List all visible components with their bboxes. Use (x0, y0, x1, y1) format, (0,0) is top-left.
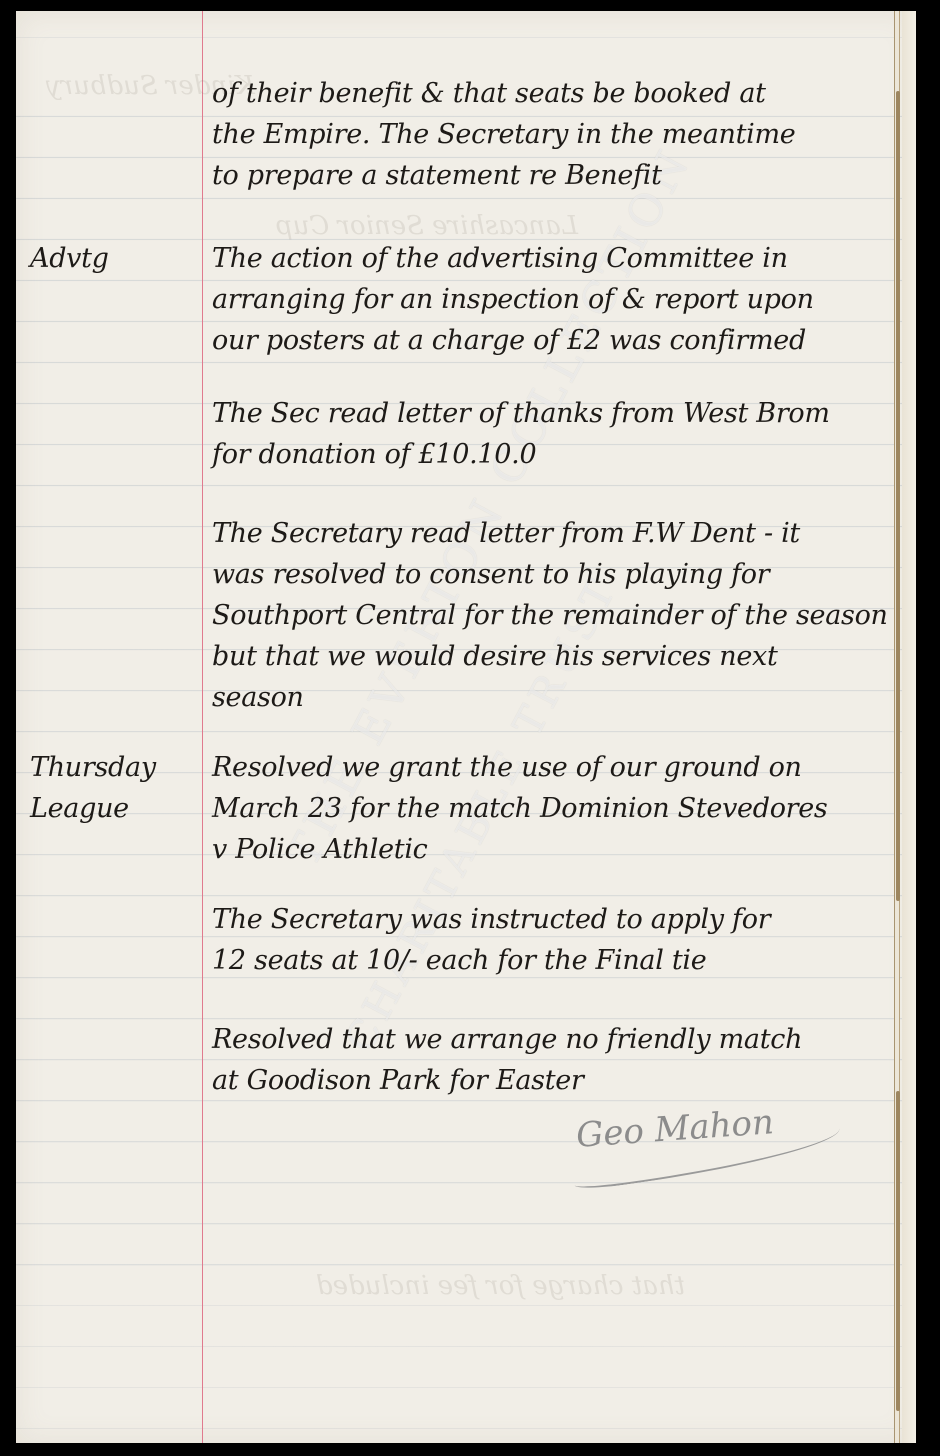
entry-line: was resolved to consent to his playing f… (212, 554, 769, 595)
entry-line: the Empire. The Secretary in the meantim… (212, 114, 795, 155)
binding-stitch (896, 91, 900, 351)
entry-line: The action of the advertising Committee … (212, 238, 788, 279)
entry-line: of their benefit & that seats be booked … (212, 73, 766, 114)
margin-label: Thursday (30, 747, 156, 788)
entry-line: The Secretary read letter from F.W Dent … (212, 513, 800, 554)
bleed-through-text: that charge for fee included (316, 1271, 685, 1301)
red-margin-line (202, 11, 203, 1443)
bleed-through-text: Lancashire Senior Cup (276, 211, 578, 241)
entry-line: arranging for an inspection of & report … (212, 279, 814, 320)
entry-line: The Secretary was instructed to apply fo… (212, 899, 770, 940)
binding-stitch (896, 341, 900, 901)
entry-line: at Goodison Park for Easter (212, 1060, 584, 1101)
margin-label: League (30, 788, 129, 829)
entry-line: 12 seats at 10/- each for the Final tie (212, 940, 706, 981)
minute-book-page: Kinder Sudbury Lancashire Senior Cup tha… (16, 11, 916, 1443)
entry-line: to prepare a statement re Benefit (212, 155, 662, 196)
entry-line: but that we would desire his services ne… (212, 636, 778, 677)
entry-line: v Police Athletic (212, 829, 428, 870)
entry-line: The Sec read letter of thanks from West … (212, 393, 830, 434)
entry-line: Resolved that we arrange no friendly mat… (212, 1019, 802, 1060)
entry-line: for donation of £10.10.0 (212, 434, 536, 475)
entry-line: March 23 for the match Dominion Stevedor… (212, 788, 828, 829)
entry-line: Resolved we grant the use of our ground … (212, 747, 802, 788)
entry-line: season (212, 677, 304, 718)
page-edge (902, 11, 916, 1443)
entry-line: Southport Central for the remainder of t… (212, 595, 888, 636)
entry-line: our posters at a charge of £2 was confir… (212, 320, 806, 361)
margin-label: Advtg (30, 238, 109, 279)
binding-stitch (896, 1091, 900, 1411)
